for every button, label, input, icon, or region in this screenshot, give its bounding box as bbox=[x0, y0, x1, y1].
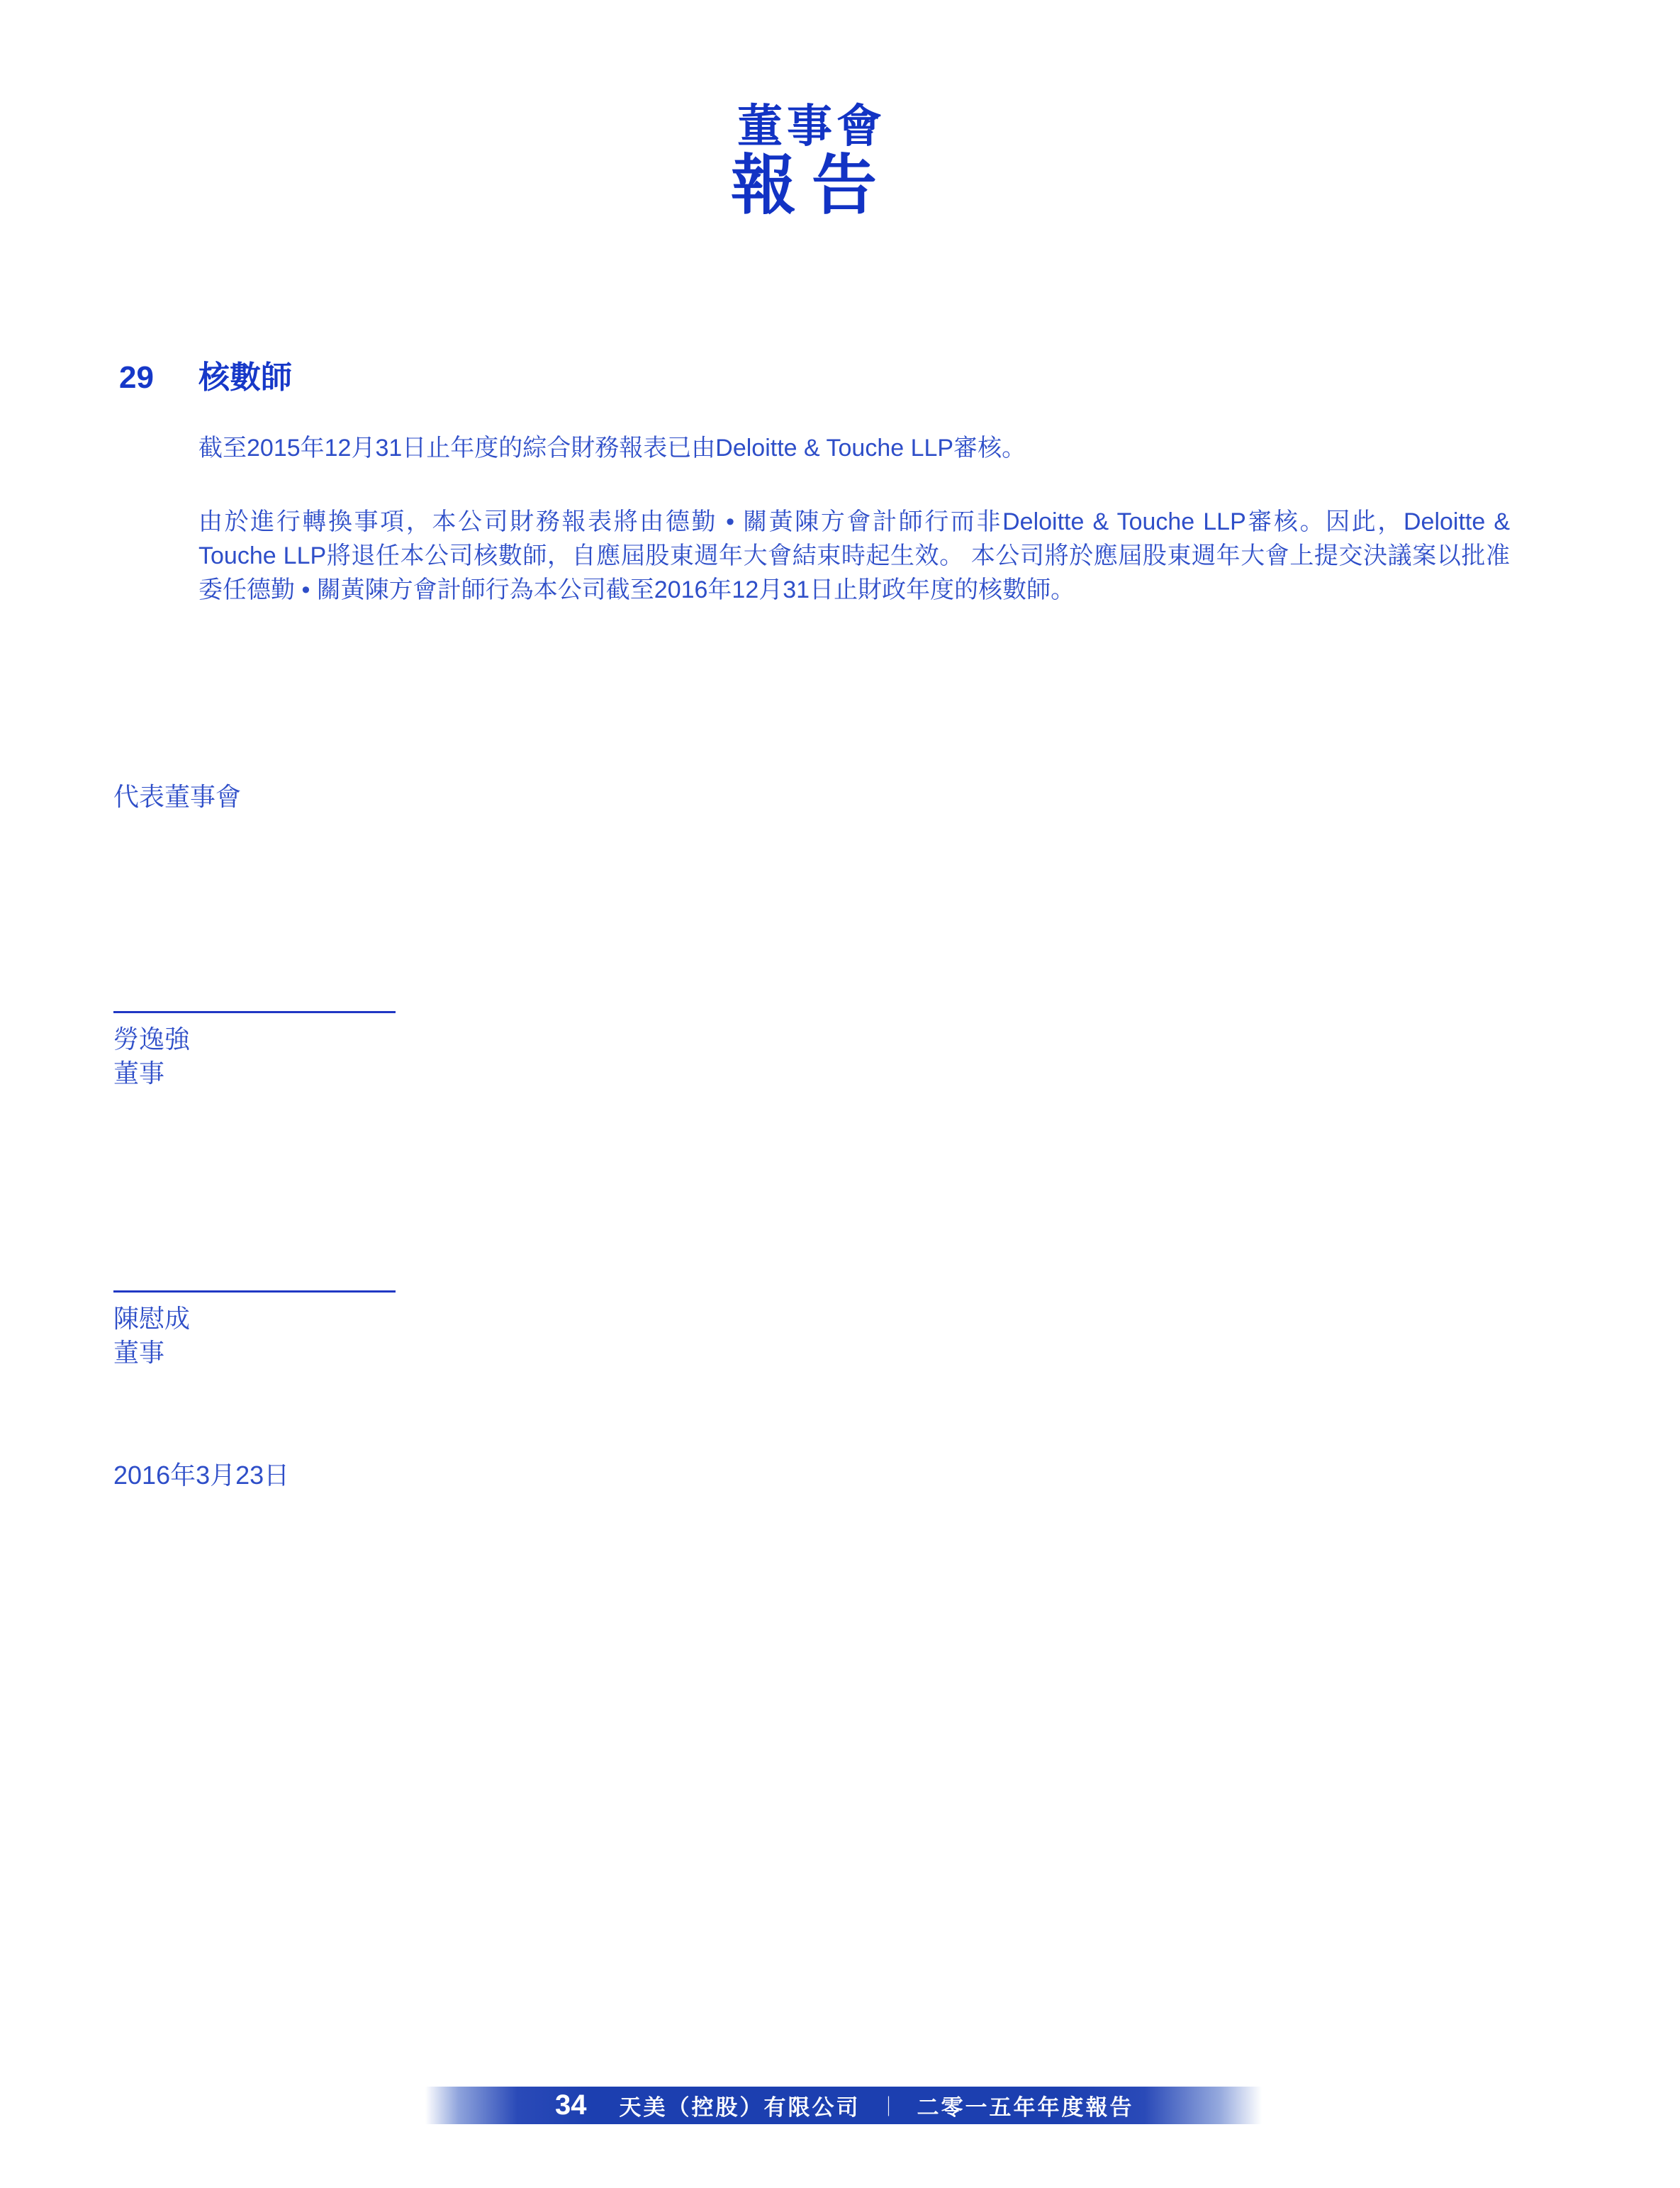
on-behalf-of-board-label: 代表董事會 bbox=[113, 781, 241, 813]
document-title: 董事會 報告 bbox=[0, 98, 1623, 220]
document-title-line2: 報告 bbox=[0, 152, 1623, 220]
signature-block-1: 勞逸強 董事 bbox=[113, 1011, 396, 1090]
section-number: 29 bbox=[119, 360, 198, 396]
signatory-title-2: 董事 bbox=[113, 1336, 396, 1370]
document-date: 2016年3月23日 bbox=[113, 1459, 289, 1492]
footer-company-name: 天美（控股）有限公司 bbox=[620, 2089, 861, 2121]
report-page: 董事會 報告 29 核數師 截至2015年12月31日止年度的綜合財務報表已由D… bbox=[0, 0, 1680, 2188]
footer-separator: ｜ bbox=[879, 2092, 899, 2120]
signature-line-1 bbox=[113, 1011, 396, 1013]
footer-bar: 34 天美（控股）有限公司 ｜ 二零一五年年度報告 bbox=[425, 2087, 1262, 2124]
paragraph-auditor-change: 由於進行轉換事項，本公司財務報表將由德勤 • 關黃陳方會計師行而非Deloitt… bbox=[198, 505, 1510, 607]
signatory-title-1: 董事 bbox=[113, 1056, 396, 1090]
section-title: 核數師 bbox=[198, 360, 292, 396]
signature-line-2 bbox=[113, 1290, 396, 1293]
signature-block-2: 陳慰成 董事 bbox=[113, 1290, 396, 1370]
signatory-name-1: 勞逸強 bbox=[113, 1022, 396, 1056]
footer-page-number: 34 bbox=[555, 2089, 587, 2121]
signatory-name-2: 陳慰成 bbox=[113, 1302, 396, 1336]
section-heading: 29 核數師 bbox=[119, 360, 292, 396]
document-title-line1: 董事會 bbox=[0, 98, 1623, 155]
footer-report-title: 二零一五年年度報告 bbox=[917, 2089, 1134, 2121]
paragraph-audit-2015: 截至2015年12月31日止年度的綜合財務報表已由Deloitte & Touc… bbox=[198, 431, 1510, 465]
